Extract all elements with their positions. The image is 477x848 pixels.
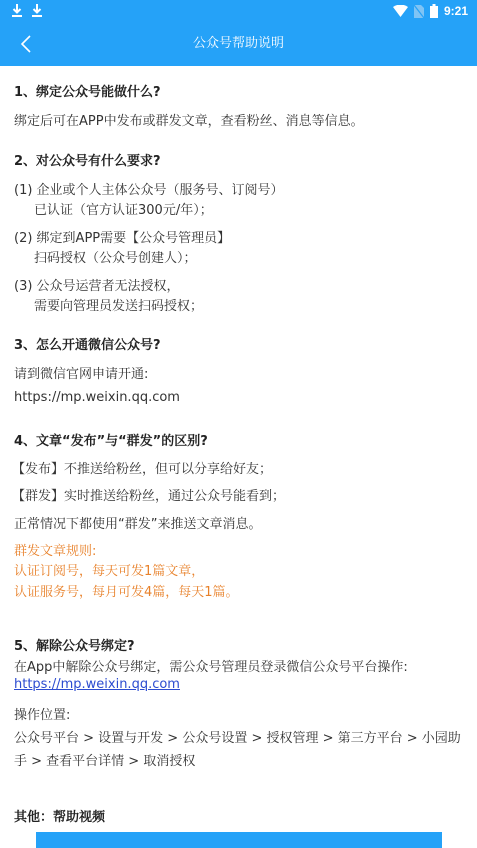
clock: 9:21	[444, 4, 468, 18]
section-1-text: 绑定后可在APP中发布或群发文章，查看粉丝、消息等信息。	[14, 110, 364, 129]
help-video-player[interactable]	[36, 832, 442, 848]
operation-path: 公众号平台 > 设置与开发 > 公众号设置 > 授权管理 > 第三方平台 > 小…	[14, 727, 464, 773]
section-2-heading: 2、对公众号有什么要求?	[14, 150, 161, 169]
section-5-text: 在App中解除公众号绑定，需公众号管理员登录微信公众号平台操作:	[14, 656, 408, 675]
section-4-heading: 4、文章“发布”与“群发”的区别?	[14, 430, 208, 449]
rules-title: 群发文章规则:	[14, 540, 96, 559]
rule-subscription: 认证订阅号，每天可发1篇文章，	[14, 560, 204, 579]
wifi-icon	[393, 5, 408, 17]
download-icon	[31, 3, 43, 18]
app-bar: 公众号帮助说明	[0, 22, 477, 66]
section-3-text: 请到微信官网申请开通:	[14, 363, 148, 382]
requirement-3-line1: (3) 公众号运营者无法授权，	[14, 275, 180, 294]
page-title: 公众号帮助说明	[0, 22, 477, 66]
other-heading: 其他：帮助视频	[14, 806, 105, 825]
battery-icon	[430, 4, 438, 18]
requirement-3-line2: 需要向管理员发送扫码授权；	[34, 295, 203, 314]
requirement-1-line2: 已认证（官方认证300元/年）；	[34, 199, 213, 218]
publish-desc: 【发布】不推送给粉丝，但可以分享给好友；	[12, 458, 272, 477]
requirement-1-line1: (1) 企业或个人主体公众号（服务号、订阅号）	[14, 179, 284, 198]
section-1-heading: 1、绑定公众号能做什么?	[14, 81, 161, 100]
requirement-2-line1: (2) 绑定到APP需要【公众号管理员】	[14, 227, 230, 246]
wechat-url: https://mp.weixin.qq.com	[14, 390, 180, 405]
normal-usage: 正常情况下都使用“群发”来推送文章消息。	[14, 513, 261, 532]
location-label: 操作位置:	[14, 704, 70, 723]
no-sim-icon	[414, 5, 424, 18]
rule-service: 认证服务号，每月可发4篇，每天1篇。	[14, 581, 239, 600]
section-3-heading: 3、怎么开通微信公众号?	[14, 334, 161, 353]
requirement-2-line2: 扫码授权（公众号创建人）；	[34, 247, 197, 266]
broadcast-desc: 【群发】实时推送给粉丝，通过公众号能看到；	[12, 485, 285, 504]
status-bar: 9:21	[0, 0, 477, 22]
wechat-platform-link[interactable]: https://mp.weixin.qq.com	[14, 677, 180, 692]
section-5-heading: 5、解除公众号绑定?	[14, 635, 135, 654]
download-icon	[11, 3, 23, 18]
